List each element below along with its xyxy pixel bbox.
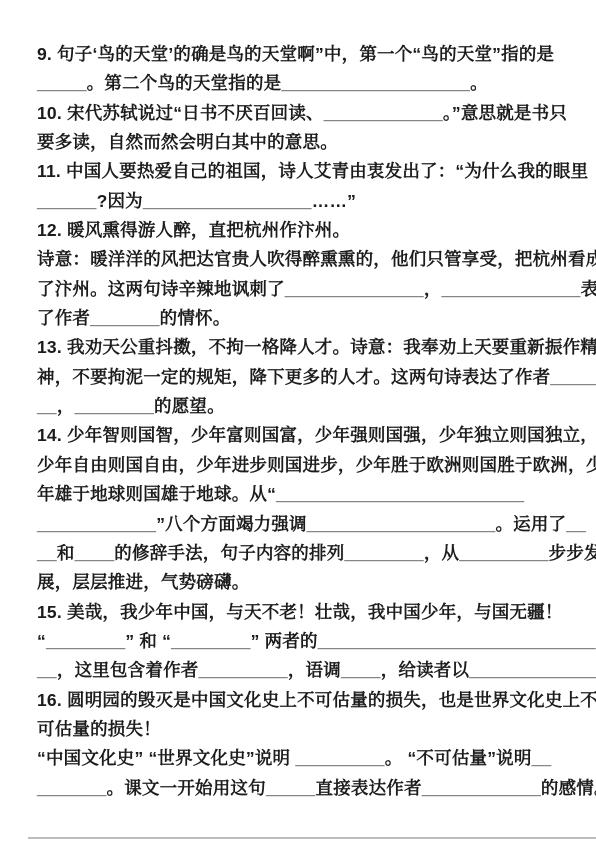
question-line: ______?因为_________________……”	[37, 187, 588, 216]
question-14: 14. 少年智则国智，少年富则国富，少年强则国强，少年独立则国独立， 少年自由则…	[37, 421, 588, 597]
question-line: _______。课文一开始用这句_____直接表达作者____________的…	[37, 774, 588, 803]
question-line: __和____的修辞手法，句子内容的排列________，从_________步…	[37, 539, 588, 568]
question-line: ____________”八个方面竭力强调___________________…	[37, 510, 588, 539]
question-line: 10. 宋代苏轼说过“日书不厌百回读、____________。”意思就是书只	[37, 99, 588, 128]
question-line: 了作者_______的情怀。	[37, 304, 588, 333]
question-line: __，这里包含着作者_________，语调____，给读者以_________…	[37, 656, 588, 685]
question-10: 10. 宋代苏轼说过“日书不厌百回读、____________。”意思就是书只 …	[37, 99, 588, 158]
question-line: 展，层层推进，气势磅礴。	[37, 568, 588, 597]
question-line: 年雄于地球则国雄于地球。从“_________________________	[37, 480, 588, 509]
question-9: 9. 句子‘鸟的天堂’的确是鸟的天堂啊”中，第一个“鸟的天堂”指的是 _____…	[37, 40, 588, 99]
question-line: 16. 圆明园的毁灭是中国文化史上不可估量的损失，也是世界文化史上不	[37, 686, 588, 715]
question-line: 13. 我劝天公重抖擞，不拘一格降人才。诗意：我奉劝上天要重新振作精	[37, 333, 588, 362]
question-line: 9. 句子‘鸟的天堂’的确是鸟的天堂啊”中，第一个“鸟的天堂”指的是	[37, 40, 588, 69]
question-11: 11. 中国人要热爱自己的祖国，诗人艾青由衷发出了：“为什么我的眼里 _____…	[37, 157, 588, 216]
page-bottom-divider	[28, 837, 596, 839]
question-line: 诗意：暖洋洋的风把达官贵人吹得醉熏熏的，他们只管享受，把杭州看成	[37, 245, 588, 274]
question-line: 11. 中国人要热爱自己的祖国，诗人艾青由衷发出了：“为什么我的眼里	[37, 157, 588, 186]
question-line: 神，不要拘泥一定的规矩，降下更多的人才。这两句诗表达了作者______	[37, 363, 588, 392]
question-line: 14. 少年智则国智，少年富则国富，少年强则国强，少年独立则国独立，	[37, 421, 588, 450]
question-line: 15. 美哉，我少年中国，与天不老！壮哉，我中国少年，与国无疆！	[37, 598, 588, 627]
question-line: 可估量的损失！	[37, 715, 588, 744]
question-line: __，________的愿望。	[37, 392, 588, 421]
question-12: 12. 暖风熏得游人醉，直把杭州作汴州。 诗意：暖洋洋的风把达官贵人吹得醉熏熏的…	[37, 216, 588, 333]
worksheet-page: 9. 句子‘鸟的天堂’的确是鸟的天堂啊”中，第一个“鸟的天堂”指的是 _____…	[0, 0, 596, 842]
question-line: “________” 和 “________” 两者的_____________…	[37, 627, 588, 656]
question-line: _____。第二个鸟的天堂指的是___________________。	[37, 69, 588, 98]
question-line: 要多读，自然而然会明白其中的意思。	[37, 128, 588, 157]
question-line: “中国文化史” “世界文化史”说明 _________。 “不可估量”说明__	[37, 744, 588, 773]
question-16: 16. 圆明园的毁灭是中国文化史上不可估量的损失，也是世界文化史上不 可估量的损…	[37, 686, 588, 803]
question-line: 了汴州。这两句诗辛辣地讽刺了______________，___________…	[37, 275, 588, 304]
question-line: 12. 暖风熏得游人醉，直把杭州作汴州。	[37, 216, 588, 245]
question-15: 15. 美哉，我少年中国，与天不老！壮哉，我中国少年，与国无疆！ “______…	[37, 598, 588, 686]
question-13: 13. 我劝天公重抖擞，不拘一格降人才。诗意：我奉劝上天要重新振作精 神，不要拘…	[37, 333, 588, 421]
question-line: 少年自由则国自由，少年进步则国进步，少年胜于欧洲则国胜于欧洲，少	[37, 451, 588, 480]
